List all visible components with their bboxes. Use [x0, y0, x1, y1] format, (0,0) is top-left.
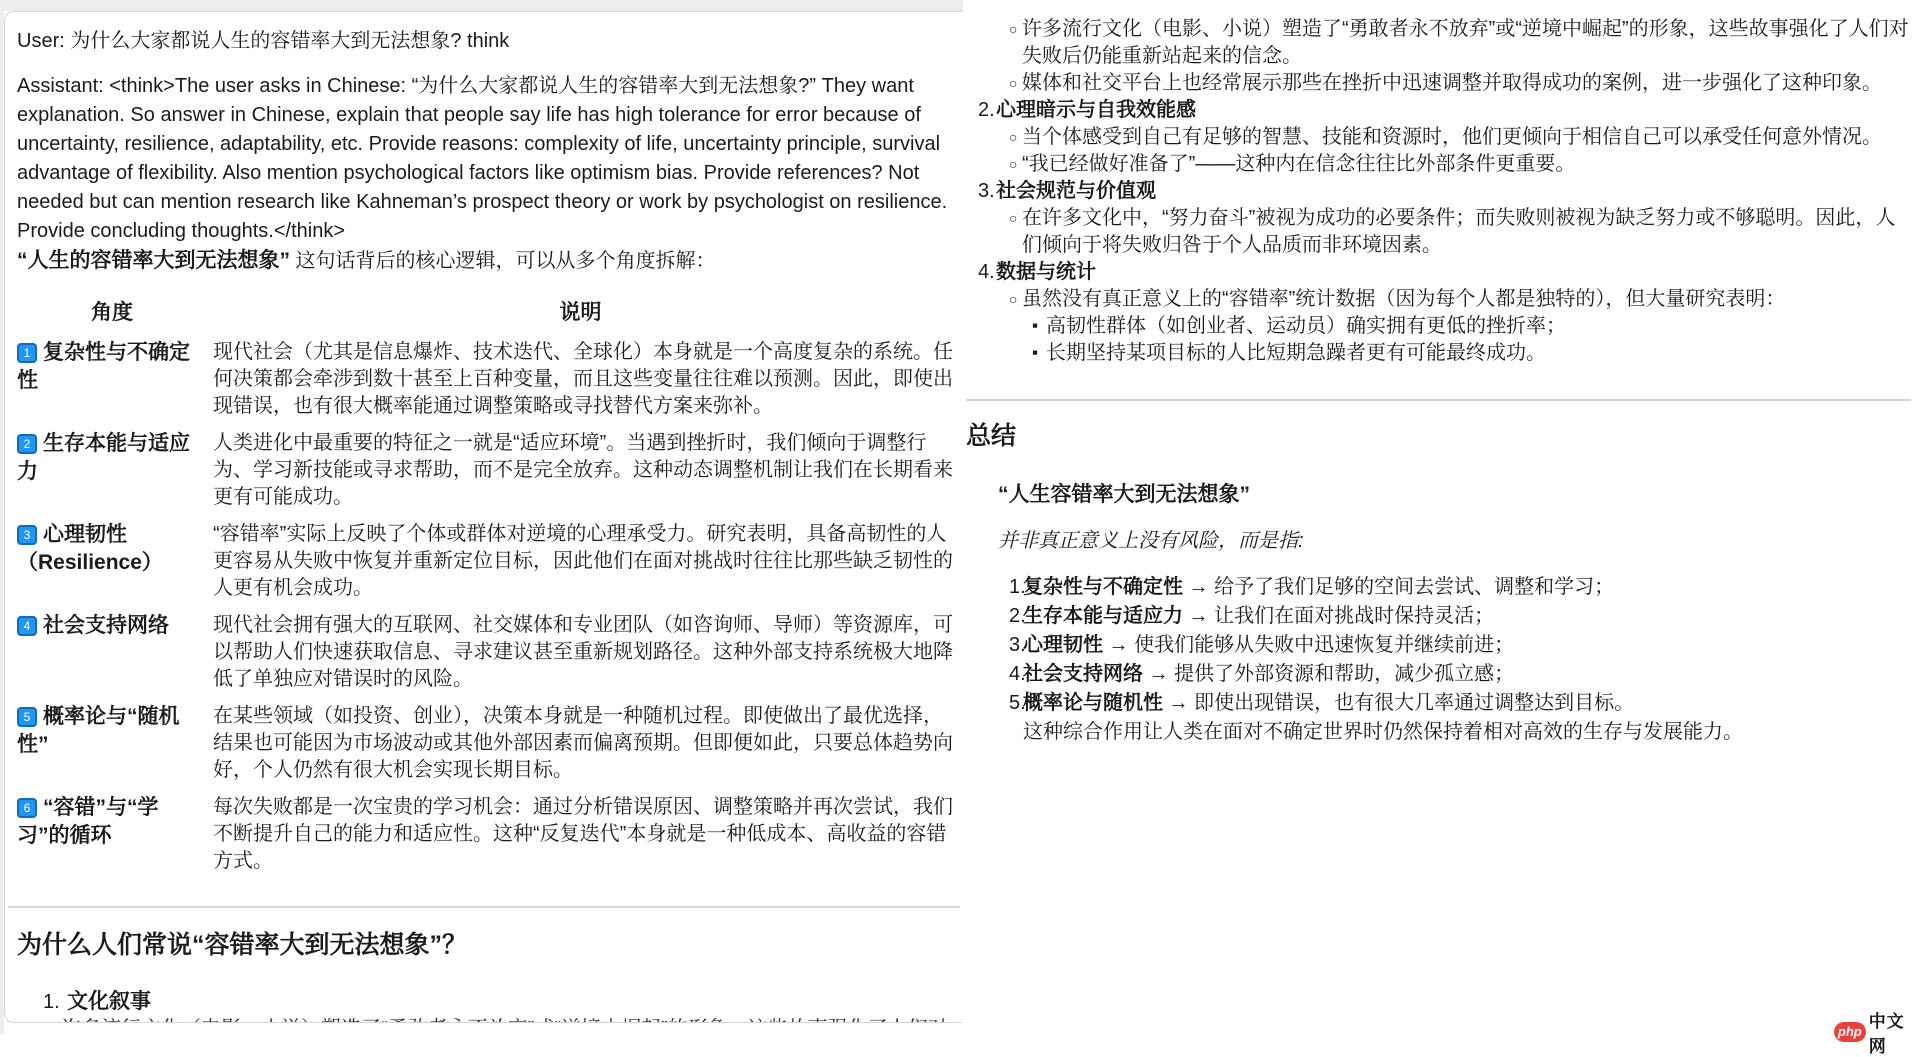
list-item: ○“我已经做好准备了”——这种内在信念往往比外部条件更重要。	[966, 151, 1911, 178]
aspect-desc: “容错率”实际上反映了个体或群体对逆境的心理承受力。研究表明，具备高韧性的人更容…	[207, 516, 954, 607]
summary-heading: 总结	[966, 418, 1911, 454]
circle-bullet-icon: ○	[1009, 286, 1017, 313]
sub-list-item: ▪高韧性群体（如创业者、运动员）确实拥有更低的挫折率；	[966, 313, 1911, 340]
summary-term: 心理韧性	[1023, 634, 1103, 656]
answer-intro: “人生的容错率大到无法想象” 这句话背后的核心逻辑，可以从多个角度拆解：	[17, 246, 954, 276]
answer-intro-quote: “人生的容错率大到无法想象”	[17, 249, 290, 272]
section-title-text: 社会规范与价值观	[996, 180, 1156, 202]
aspect-desc: 在某些领域（如投资、创业），决策本身就是一种随机过程。即使做出了最优选择，结果也…	[207, 698, 954, 789]
square-bullet-icon: ▪	[1032, 312, 1038, 339]
aspects-table: 角度 说明 1复杂性与不确定性 现代社会（尤其是信息爆炸、技术迭代、全球化）本身…	[17, 300, 954, 880]
aspect-term: 5概率论与“随机性”	[17, 698, 207, 789]
aspect-desc: 人类进化中最重要的特征之一就是“适应环境”。当遇到挫折时，我们倾向于调整行为、学…	[207, 425, 954, 516]
table-row: 3心理韧性（Resilience） “容错率”实际上反映了个体或群体对逆境的心理…	[17, 516, 954, 607]
bullet-text: 长期坚持某项目标的人比短期急躁者更有可能最终成功。	[1046, 342, 1546, 364]
section-divider	[8, 906, 960, 908]
numbered-section-title: 4.数据与统计	[966, 259, 1911, 286]
number-badge: 5	[17, 707, 37, 727]
quote-italic-line: 并非真正意义上没有风险，而是指:	[998, 527, 1911, 556]
clipped-text-line: 许多流行文化（电影、小说）塑造了“勇敢者永不放弃”或“逆境中崛起”的形象，这些故…	[17, 1016, 954, 1023]
php-cn-watermark: php 中文网	[1834, 1007, 1919, 1034]
circle-bullet-icon: ○	[1009, 151, 1017, 178]
aspect-term-text: “容错”与“学习”的循环	[17, 796, 159, 847]
aspect-desc: 现代社会拥有强大的互联网、社交媒体和专业团队（如咨询师、导师）等资源库，可以帮助…	[207, 607, 954, 698]
summary-item: 3.心理韧性 → 使我们能够从失败中迅速恢复并继续前进；	[966, 631, 1911, 660]
bullet-text: 高韧性群体（如创业者、运动员）确实拥有更低的挫折率；	[1046, 315, 1566, 337]
ol-marker: 3.	[1009, 631, 1026, 660]
aspect-term-text: 生存本能与适应力	[17, 432, 190, 483]
section-heading: 为什么人们常说“容错率大到无法想象”？	[17, 928, 954, 962]
summary-closing-line: 这种综合作用让人类在面对不确定世界时仍然保持着相对高效的生存与发展能力。	[1023, 718, 1911, 747]
circle-bullet-icon: ○	[1009, 205, 1017, 232]
list-item: 1.文化叙事	[17, 988, 954, 1016]
table-row: 4社会支持网络 现代社会拥有强大的互联网、社交媒体和专业团队（如咨询师、导师）等…	[17, 607, 954, 698]
table-row: 5概率论与“随机性” 在某些领域（如投资、创业），决策本身就是一种随机过程。即使…	[17, 698, 954, 789]
circle-bullet-icon: ○	[1009, 124, 1017, 151]
number-badge: 6	[17, 798, 37, 818]
chat-transcript-card: User: 为什么大家都说人生的容错率大到无法想象? think Assista…	[4, 11, 962, 1023]
ol-marker: 3.	[978, 178, 995, 205]
php-logo-badge: php	[1834, 1022, 1866, 1034]
list-item: ○许多流行文化（电影、小说）塑造了“勇敢者永不放弃”或“逆境中崛起”的形象，这些…	[966, 16, 1911, 70]
summary-list: 1.复杂性与不确定性 → 给予了我们足够的空间去尝试、调整和学习； 2.生存本能…	[966, 573, 1911, 747]
number-badge: 1	[17, 343, 37, 363]
summary-item: 1.复杂性与不确定性 → 给予了我们足够的空间去尝试、调整和学习；	[966, 573, 1911, 602]
summary-rest: → 提供了外部资源和帮助，减少孤立感；	[1143, 663, 1514, 685]
answer-intro-rest: 这句话背后的核心逻辑，可以从多个角度拆解：	[290, 250, 716, 272]
section-title-text: 数据与统计	[996, 261, 1096, 283]
ol-marker: 4.	[1009, 660, 1026, 689]
aspect-term-text: 社会支持网络	[43, 614, 169, 637]
numbered-section-title: 2.心理暗示与自我效能感	[966, 97, 1911, 124]
list-item: ○当个体感受到自己有足够的智慧、技能和资源时，他们更倾向于相信自己可以承受任何意…	[966, 124, 1911, 151]
aspect-term: 2生存本能与适应力	[17, 425, 207, 516]
number-badge: 2	[17, 434, 37, 454]
list-item: ○虽然没有真正意义上的“容错率”统计数据（因为每个人都是独特的），但大量研究表明…	[966, 286, 1911, 313]
php-cn-label: 中文网	[1869, 1007, 1919, 1034]
summary-rest: → 使我们能够从失败中迅速恢复并继续前进；	[1103, 634, 1514, 656]
summary-item: 2.生存本能与适应力 → 让我们在面对挑战时保持灵活；	[966, 602, 1911, 631]
list-item: ○媒体和社交平台上也经常展示那些在挫折中迅速调整并取得成功的案例，进一步强化了这…	[966, 70, 1911, 97]
summary-blockquote: “人生容错率大到无法想象” 并非真正意义上没有风险，而是指:	[966, 480, 1911, 556]
bullet-text: “我已经做好准备了”——这种内在信念往往比外部条件更重要。	[1022, 153, 1575, 175]
aspect-term-text: 心理韧性（Resilience）	[17, 523, 163, 574]
summary-rest: → 即使出现错误，也有很大几率通过调整达到目标。	[1163, 692, 1634, 714]
number-badge: 3	[17, 525, 37, 545]
bullet-text: 媒体和社交平台上也经常展示那些在挫折中迅速调整并取得成功的案例，进一步强化了这种…	[1022, 72, 1882, 94]
bullet-text: 许多流行文化（电影、小说）塑造了“勇敢者永不放弃”或“逆境中崛起”的形象，这些故…	[1022, 18, 1909, 67]
aspect-desc: 现代社会（尤其是信息爆炸、技术迭代、全球化）本身就是一个高度复杂的系统。任何决策…	[207, 334, 954, 425]
quote-bold-line: “人生容错率大到无法想象”	[998, 480, 1911, 509]
assistant-think-paragraph: Assistant: <think>The user asks in Chine…	[17, 72, 954, 246]
number-badge: 4	[17, 616, 37, 636]
ol-marker: 4.	[978, 259, 995, 286]
table-row: 6“容错”与“学习”的循环 每次失败都是一次宝贵的学习机会：通过分析错误原因、调…	[17, 789, 954, 880]
summary-term: 概率论与随机性	[1023, 692, 1163, 714]
bullet-text: 当个体感受到自己有足够的智慧、技能和资源时，他们更倾向于相信自己可以承受任何意外…	[1022, 126, 1882, 148]
aspect-term: 3心理韧性（Resilience）	[17, 516, 207, 607]
circle-bullet-icon: ○	[1009, 16, 1017, 43]
aspect-term: 1复杂性与不确定性	[17, 334, 207, 425]
page-background-top	[0, 0, 963, 11]
ol-marker: 2.	[1009, 602, 1026, 631]
aspect-term-text: 概率论与“随机性”	[17, 705, 180, 756]
column-header-angle: 角度	[17, 300, 207, 334]
aspect-term: 6“容错”与“学习”的循环	[17, 789, 207, 880]
summary-rest: → 让我们在面对挑战时保持灵活；	[1183, 605, 1494, 627]
aspect-desc: 每次失败都是一次宝贵的学习机会：通过分析错误原因、调整策略并再次尝试，我们不断提…	[207, 789, 954, 880]
section-title-text: 心理暗示与自我效能感	[996, 99, 1196, 121]
square-bullet-icon: ▪	[1032, 339, 1038, 366]
aspect-term-text: 复杂性与不确定性	[17, 341, 190, 392]
table-header-row: 角度 说明	[17, 300, 954, 334]
section-divider	[966, 399, 1911, 401]
circle-bullet-icon: ○	[1009, 70, 1017, 97]
bullet-text: 虽然没有真正意义上的“容错率”统计数据（因为每个人都是独特的），但大量研究表明：	[1022, 288, 1785, 310]
summary-rest: → 给予了我们足够的空间去尝试、调整和学习；	[1183, 576, 1614, 598]
user-message: User: 为什么大家都说人生的容错率大到无法想象? think	[17, 27, 954, 56]
list-marker: 1.	[43, 988, 60, 1016]
numbered-section-title: 3.社会规范与价值观	[966, 178, 1911, 205]
column-header-desc: 说明	[207, 300, 954, 334]
aspect-term: 4社会支持网络	[17, 607, 207, 698]
list-item-label: 文化叙事	[67, 990, 151, 1013]
table-row: 2生存本能与适应力 人类进化中最重要的特征之一就是“适应环境”。当遇到挫折时，我…	[17, 425, 954, 516]
summary-term: 复杂性与不确定性	[1023, 576, 1183, 598]
bullet-text: 在许多文化中，“努力奋斗”被视为成功的必要条件；而失败则被视为缺乏努力或不够聪明…	[1022, 207, 1895, 256]
ol-marker: 5.	[1009, 689, 1026, 718]
list-item: ○在许多文化中，“努力奋斗”被视为成功的必要条件；而失败则被视为缺乏努力或不够聪…	[966, 205, 1911, 259]
summary-item: 4.社会支持网络 → 提供了外部资源和帮助，减少孤立感；	[966, 660, 1911, 689]
sub-list-item: ▪长期坚持某项目标的人比短期急躁者更有可能最终成功。	[966, 340, 1911, 367]
summary-term: 生存本能与适应力	[1023, 605, 1183, 627]
ol-marker: 2.	[978, 97, 995, 124]
ol-marker: 1.	[1009, 573, 1026, 602]
summary-item: 5.概率论与随机性 → 即使出现错误，也有很大几率通过调整达到目标。 这种综合作…	[966, 689, 1911, 747]
summary-term: 社会支持网络	[1023, 663, 1143, 685]
article-continuation: ○许多流行文化（电影、小说）塑造了“勇敢者永不放弃”或“逆境中崛起”的形象，这些…	[966, 0, 1911, 747]
table-row: 1复杂性与不确定性 现代社会（尤其是信息爆炸、技术迭代、全球化）本身就是一个高度…	[17, 334, 954, 425]
